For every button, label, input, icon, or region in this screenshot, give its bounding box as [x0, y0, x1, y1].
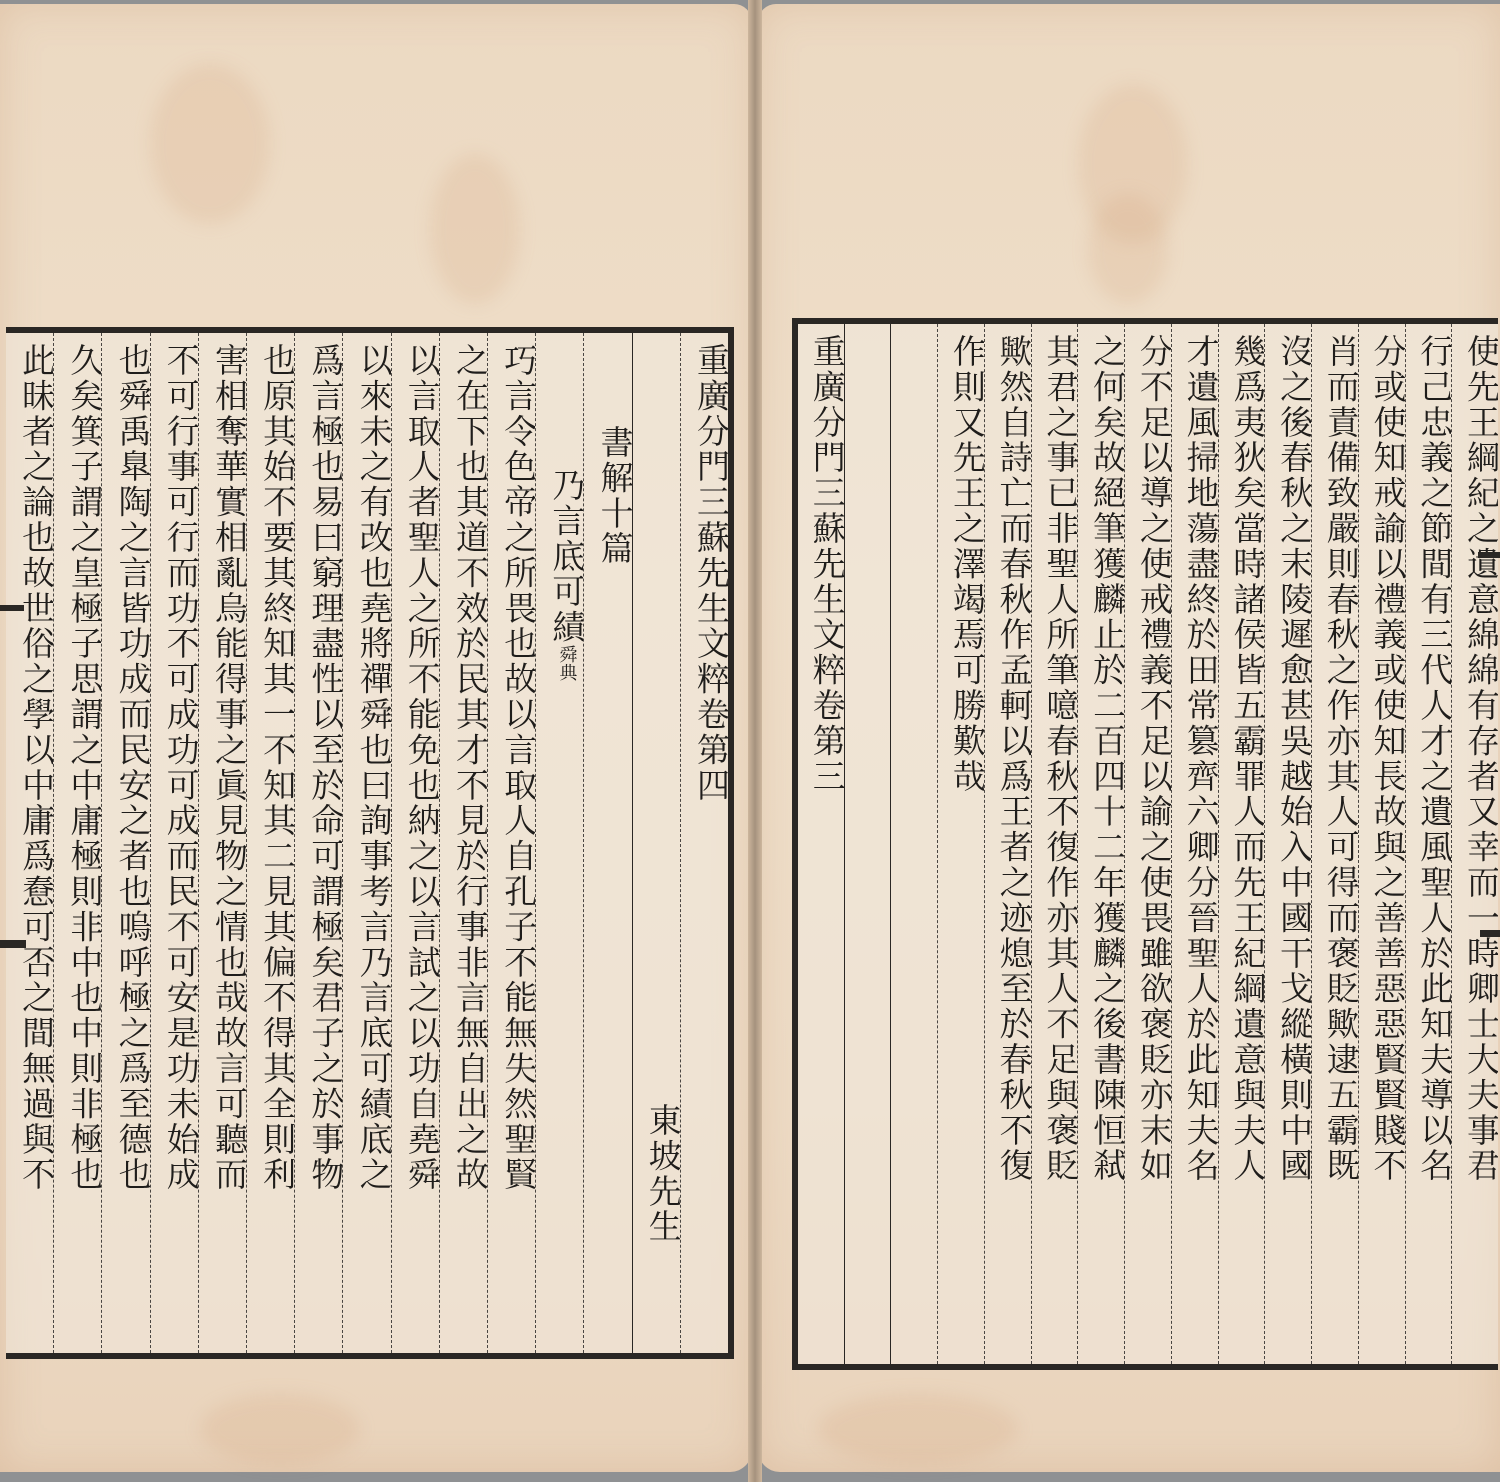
text-column: 巧言令色帝之所畏也故以言取人自孔子不能無失然聖賢: [487, 333, 535, 1353]
edge-mark: [0, 940, 26, 948]
text-column: 行己忠義之節間有三代人才之遺風聖人於此知夫導以名: [1405, 324, 1452, 1364]
text-column: 使先王綱紀之遺意綿綿有存者又幸而一時卿士大夫事君: [1451, 324, 1498, 1364]
text-column: 肖而責備致嚴則春秋之作亦其人可得而褒貶歟逮五霸既: [1311, 324, 1358, 1364]
text-column: 久矣箕子謂之皇極子思謂之中庸極則非中也中則非極也: [53, 333, 101, 1353]
topic-title: 乃言底可績: [547, 468, 583, 645]
text-column: 分不足以導之使戒禮義不足以諭之使畏雖欲褒貶亦末如: [1124, 324, 1171, 1364]
text-column: 害相奪華實相亂烏能得事之眞見物之情也哉故言可聽而: [198, 333, 246, 1353]
text-column: 之何矣故絕筆獲麟止於二百四十二年獲麟之後書陳恒弒: [1077, 324, 1124, 1364]
right-page-text-frame: 使先王綱紀之遺意綿綿有存者又幸而一時卿士大夫事君 行己忠義之節間有三代人才之遺風…: [792, 318, 1498, 1370]
text-column: 沒之後春秋之末陵遲愈甚吳越始入中國干戈縱橫則中國: [1264, 324, 1311, 1364]
edge-mark: [0, 605, 24, 611]
section-heading: 書解十篇: [583, 333, 631, 1353]
text-column: 歟然自詩亡而春秋作孟軻以爲王者之迹熄至於春秋不復: [984, 324, 1031, 1364]
text-column: 爲言極也易曰窮理盡性以至於命可謂極矣君子之於事物: [294, 333, 342, 1353]
volume-title: 重廣分門三蘇先生文粹卷第四: [680, 333, 728, 1353]
left-page-text-frame: 重廣分門三蘇先生文粹卷第四 東坡先生 書解十篇 乃言底可績舜典 巧言令色帝之所畏…: [6, 327, 734, 1359]
right-page-columns: 使先王綱紀之遺意綿綿有存者又幸而一時卿士大夫事君 行己忠義之節間有三代人才之遺風…: [798, 324, 1498, 1364]
left-page-columns: 重廣分門三蘇先生文粹卷第四 東坡先生 書解十篇 乃言底可績舜典 巧言令色帝之所畏…: [6, 333, 728, 1353]
blank-column: [890, 324, 937, 1364]
topic-heading: 乃言底可績舜典: [535, 333, 583, 1353]
text-column: 才遺風掃地蕩盡終於田常篡齊六卿分晉聖人於此知夫名: [1171, 324, 1218, 1364]
blank-column: [844, 324, 891, 1364]
author-column: 東坡先生: [632, 333, 680, 1353]
text-column: 也原其始不要其終知其一不知其二見其偏不得其全則利: [246, 333, 294, 1353]
text-column: 作則又先王之澤竭焉可勝歎哉: [937, 324, 984, 1364]
text-column: 也舜禹臯陶之言皆功成而民安之者也嗚呼極之爲至德也: [101, 333, 149, 1353]
volume-end-title: 重廣分門三蘇先生文粹卷第三: [798, 324, 844, 1364]
book-gutter: [748, 0, 762, 1482]
text-column: 以來未之有改也堯將禪舜也曰詢事考言乃言底可績底之: [342, 333, 390, 1353]
text-column: 之在下也其道不效於民其才不見於行事非言無自出之故: [439, 333, 487, 1353]
text-column: 不可行事可行而功不可成功可成而民不可安是功未始成: [150, 333, 198, 1353]
text-column: 以言取人者聖人之所不能免也納之以言試之以功自堯舜: [391, 333, 439, 1353]
section-note: 舜典: [556, 645, 577, 681]
text-column: 分或使知戒諭以禮義或使知長故與之善善惡惡賢賢賤不: [1358, 324, 1405, 1364]
edge-mark: [1478, 552, 1500, 558]
edge-mark: [1480, 930, 1500, 937]
text-column: 此昧者之論也故世俗之學以中庸爲憃可否之間無過與不: [6, 333, 53, 1353]
text-column: 幾爲夷狄矣當時諸侯皆五霸罪人而先王紀綱遺意與夫人: [1218, 324, 1265, 1364]
text-column: 其君之事已非聖人所筆噫春秋不復作亦其人不足與褒貶: [1031, 324, 1078, 1364]
author-name: 東坡先生: [644, 1103, 680, 1245]
